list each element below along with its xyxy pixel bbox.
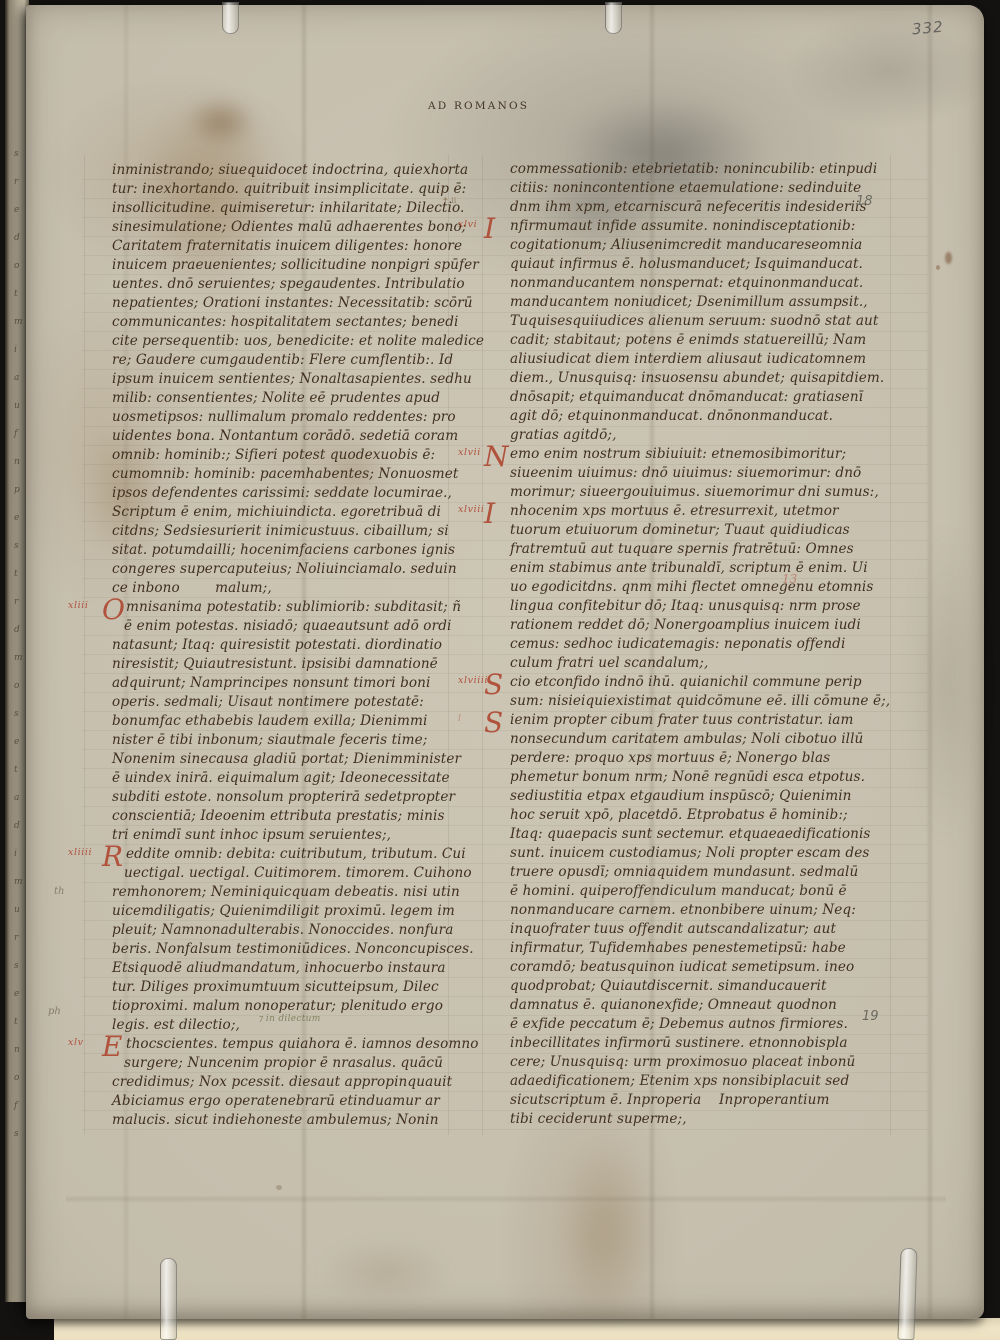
edge-letter-fragment: n [14,1046,20,1055]
text-line: cumomnib: hominib: pacemhabentes; Nonuos… [112,465,474,484]
edge-letter-fragment: d [14,626,20,635]
edge-letter-fragment: n [14,458,20,467]
edge-letter-fragment: a [14,794,19,803]
text-line: truere opusdī; omniaquidem mundasunt. se… [510,863,914,882]
edge-letter-fragment: f [14,1102,17,1111]
text-line: ipsum inuicem sentientes; Nonaltasapient… [112,370,474,389]
edge-letter-fragment: s [14,710,19,719]
ruling-vertical [84,155,85,1135]
text-line: citiis: nonincontentione etaemulatione: … [510,179,914,198]
text-line: milib: consentientes; Nolite eē prudente… [112,389,474,408]
text-line: ē uindex inirā. eiquimalum agit; Ideonec… [112,769,474,788]
text-line: quodprobat; Quiautdiscernit. simanducaue… [510,977,914,996]
manuscript-page: 332 AD ROMANOS inministrando; siuequidoc… [26,5,984,1319]
text-line: hoc seruit xpō, placetdō. Etprobatus ē h… [510,806,914,825]
text-line: xlviInfirmumaut infide assumite. nonindi… [510,217,914,236]
mounting-clip-bottom-left [160,1258,177,1340]
edge-letter-fragment: t [14,290,18,299]
edge-letter-fragment: o [14,262,19,271]
text-line: congeres supercaputeius; Noliuinciamalo.… [112,560,474,579]
text-line: commessationib: etebrietatib: nonincubil… [510,160,914,179]
chapter-numeral: xliii [68,601,89,611]
text-line: damnatus ē. quianonexfide; Omneaut quodn… [510,996,914,1015]
brown-stain [561,1140,656,1320]
ruling-vertical [482,155,483,1135]
text-line: ē enim potestas. nisiadō; quaeautsunt ad… [112,617,474,636]
text-line: communicantes: hospitalitatem sectantes;… [112,313,474,332]
text-line: infirmatur, Tufidemhabes penestemetipsū:… [510,939,914,958]
chapter-numeral: l [458,714,462,724]
text-line: tri enimdī sunt inhoc ipsum seruientes;, [112,826,474,845]
edge-letter-fragment: o [14,682,19,691]
mounting-clip-top-right [605,2,622,34]
text-line: tur. Diliges proximumtuum sicutteipsum, … [112,978,474,997]
text-line: nister ē tibi inbonum; siautmale feceris… [112,731,474,750]
chapter-numeral: xlviii [458,505,484,515]
edge-letter-fragment: s [14,542,19,551]
text-line: nonmanducare carnem. etnonbibere uinum; … [510,901,914,920]
text-line: gratias agitdō;, [510,426,914,445]
text-line: inuicem praeuenientes; sollicitudine non… [112,256,474,275]
text-line: remhonorem; Neminiquicquam debeatis. nis… [112,883,474,902]
edge-letter-fragment: e [14,990,19,999]
text-line: adaedificationem; Etenim xps nonsibiplac… [510,1072,914,1091]
edge-letter-fragment: r [14,178,18,187]
crease [66,1195,946,1203]
margin-letters-th: th [54,887,64,897]
text-line: uo egodicitdns. qnm mihi flectet omnegen… [510,578,914,597]
text-line: uectigal. uectigal. Cuitimorem. timorem.… [112,864,474,883]
folio-number-pencil: 332 [911,18,944,39]
edge-letter-fragment: o [14,1074,19,1083]
text-line: ē homini. quiperoffendiculum manducat; b… [510,882,914,901]
mounting-clip-top-left [222,2,239,34]
mounting-clip-bottom-right [897,1248,917,1340]
edge-letter-fragment: e [14,738,19,747]
text-line: sum: nisieiquiexistimat quidcōmune eē. i… [510,692,914,711]
edge-letter-fragment: e [14,514,19,523]
text-line: cite persequentib: uos, benedicite: et n… [112,332,474,351]
edge-letter-fragment: m [14,878,23,887]
text-line: credidimus; Nox pcessit. diesaut appropi… [112,1073,474,1092]
text-line: re; Gaudere cumgaudentib: Flere cumflent… [112,351,474,370]
text-line: ce inbono malum;, [112,579,474,598]
edge-letter-fragment: r [14,598,18,607]
text-line: tur: inexhortando. quitribuit insimplici… [112,180,474,199]
text-line: lingua confitebitur dō; Itaq: unusquisq:… [510,597,914,616]
text-line: sicutscriptum ē. Inproperia Inproperanti… [510,1091,914,1110]
text-line: uosmetipsos: nullimalum promalo reddente… [112,408,474,427]
text-line: uicemdiligatis; Quienimdiligit proximū. … [112,902,474,921]
chapter-numeral: xlv [68,1038,84,1048]
versal-initial: S [484,709,503,737]
ink-speck [936,265,940,270]
edge-letter-fragment: s [14,962,19,971]
text-line: dnōsapit; etquimanducat dnōmanducat: gra… [510,388,914,407]
edge-letter-fragment: t [14,1018,18,1027]
brown-stain [186,97,256,147]
text-line: Nonenim sinecausa gladiū portat; Dienimm… [112,750,474,769]
edge-letter-fragment: a [14,374,19,383]
text-line: sinesimulatione; Odientes malū adhaerent… [112,218,474,237]
text-line: ē exfide peccatum ē; Debemus autnos firm… [510,1015,914,1034]
edge-letter-fragment: s [14,1130,19,1139]
text-line: quiaut infirmus ē. holusmanducet; Isquim… [510,255,914,274]
text-line: lSienim propter cibum frater tuus contri… [510,711,914,730]
text-line: agit dō; etquinonmanducat. dnōnonmanduca… [510,407,914,426]
versal-initial: N [484,443,509,471]
text-line: enim stabimus ante tribunaldī, scriptum … [510,559,914,578]
text-line: dnm ihm xpm, etcarniscurā nefeceritis in… [510,198,914,217]
edge-letter-fragment: s [14,150,19,159]
text-line: siueenim uiuimus: dnō uiuimus: siuemorim… [510,464,914,483]
text-line: sitat. potumdailli; hocenimfaciens carbo… [112,541,474,560]
text-line: cadit; stabitaut; potens ē enimds statue… [510,331,914,350]
edge-letter-fragment: p [14,486,20,495]
cross-mark: ✝ ii [442,197,456,205]
text-line: niresistit; Quiautresistunt. ipsisibi da… [112,655,474,674]
edge-letter-fragment: d [14,234,20,243]
text-line: tuorum etuiuorum dominetur; Tuaut quidiu… [510,521,914,540]
text-line: phemetur bonum nrm; Nonē regnūdi esca et… [510,768,914,787]
text-line: uidentes bona. Nontantum corādō. sedetiā… [112,427,474,446]
text-line: insollicitudine. quimiseretur: inhilarit… [112,199,474,218]
text-line: pleuit; Namnonadulterabis. Nonoccides. n… [112,921,474,940]
text-line: Scriptum ē enim, michiuindicta. egoretri… [112,503,474,522]
chapter-numeral: xlvii [458,448,481,458]
text-line: manducantem noniudicet; Dsenimillum assu… [510,293,914,312]
text-line: cemus: sedhoc iudicatemagis: neponatis o… [510,635,914,654]
text-line: xliiiiReddite omnib: debita: cuitributum… [112,845,474,864]
pencil-number-bottom: 19 [862,1010,879,1023]
edge-letter-fragment: e [14,206,19,215]
text-line: perdere: proquo xps mortuus ē; Nonergo b… [510,749,914,768]
red-marginal-number: 13 [782,573,797,585]
text-line: adquirunt; Namprincipes nonsunt timori b… [112,674,474,693]
text-line: xlviiiiScio etconfido indnō ihū. quianic… [510,673,914,692]
text-line: rationem reddet dō; Nonergoamplius inuic… [510,616,914,635]
green-interlinear-gloss: ⁊ in dilectum [258,1015,321,1024]
text-line: xlvEthocscientes. tempus quiahora ē. iam… [112,1035,474,1054]
edge-letter-fragment: i [14,850,17,859]
text-line: citdns; Sedsiesurierit inimicustuus. cib… [112,522,474,541]
text-line: sunt. inuicem custodiamus; Noli propter … [510,844,914,863]
text-line: inministrando; siuequidocet indoctrina, … [112,161,474,180]
text-line: malucis. sicut indiehoneste ambulemus; N… [112,1111,474,1130]
text-line: cogitationum; Aliusenimcredit manducares… [510,236,914,255]
text-line: Etsiquodē aliudmandatum, inhocuerbo inst… [112,959,474,978]
text-column-2: commessationib: etebrietatib: nonincubil… [510,160,914,1129]
text-line: inquofrater tuus offendit autscandalizat… [510,920,914,939]
text-line: subditi estote. nonsolum propterirā sede… [112,788,474,807]
text-line: nepatientes; Orationi instantes: Necessi… [112,294,474,313]
margin-letters-ph: ph [48,1007,61,1017]
text-line: natasunt; Itaq: quiresistit potestati. d… [112,636,474,655]
text-line: diem., Unusquisq: insuosensu abundet; qu… [510,369,914,388]
text-line: xlviiNemo enim nostrum sibiuiuit: etnemo… [510,445,914,464]
edge-letter-fragment: u [14,402,20,411]
text-column-1: inministrando; siuequidocet indoctrina, … [112,161,474,1130]
text-line: xliiiOmnisanima potestatib: sublimiorib:… [112,598,474,617]
versal-initial: I [484,215,495,243]
text-line: omnib: hominib:; Sifieri potest quodexuo… [112,446,474,465]
text-line: tibi ceciderunt superme;, [510,1110,914,1129]
text-line: Tuquisesquiiudices alienum seruum: suodn… [510,312,914,331]
versal-initial: S [484,671,503,699]
text-line: nonmanducantem nonspernat: etquinonmandu… [510,274,914,293]
edge-letter-fragment: m [14,654,23,663]
chapter-numeral: xlvi [458,220,477,230]
text-line: beris. Nonfalsum testimoniūdices. Noncon… [112,940,474,959]
edge-letter-fragment: u [14,906,20,915]
text-line: bonumfac ethabebis laudem exilla; Dienim… [112,712,474,731]
text-line: surgere; Nuncenim propior ē nrasalus. qu… [112,1054,474,1073]
edge-letter-fragment: t [14,570,18,579]
text-line: Abiciamus ergo operatenebrarū etinduamur… [112,1092,474,1111]
text-line: uentes. dnō seruientes; spegaudentes. In… [112,275,474,294]
text-line: conscientiā; Ideoenim ettributa prestati… [112,807,474,826]
text-line: morimur; siueergouiuimus. siuemorimur dn… [510,483,914,502]
text-line: nonsecundum caritatem ambulas; Noli cibo… [510,730,914,749]
text-line: Itaq: quaepacis sunt sectemur. etquaeaed… [510,825,914,844]
brown-stain [321,1240,451,1305]
edge-letter-fragment: f [14,430,17,439]
text-line: coramdō; beatusquinon iudicat semetipsum… [510,958,914,977]
text-line: culum fratri uel scandalum;, [510,654,914,673]
ink-speck [945,252,952,264]
manuscript-photograph: sredotmiaufnpestrdmosetadimursetnofs 332… [0,0,1000,1340]
pencil-number-top: 18 [856,195,873,208]
edge-letter-fragment: i [14,346,17,355]
edge-letter-fragment: t [14,766,18,775]
text-line: inbecillitates infirmorū sustinere. etno… [510,1034,914,1053]
text-line: cere; Unusquisq: urm proximosuo placeat … [510,1053,914,1072]
speck [276,1185,282,1190]
text-line: aliusiudicat diem interdiem aliusaut iud… [510,350,914,369]
edge-letter-fragment: d [14,822,20,831]
text-line: fratremtuū aut tuquare spernis fratrētuū… [510,540,914,559]
versal-initial: I [484,500,495,528]
text-line: operis. sedmali; Uisaut nontimere potest… [112,693,474,712]
text-line: Caritatem fraternitatis inuicem diligent… [112,237,474,256]
text-line: ipsos defendentes carissimi: seddate loc… [112,484,474,503]
edge-letter-fragment: r [14,934,18,943]
running-title: AD ROMANOS [428,100,529,112]
chapter-numeral: xliiii [68,848,92,858]
mount-strip [54,1318,1000,1340]
text-line: sediustitia etpax etgaudium inspūscō; Qu… [510,787,914,806]
text-line: xlviiiInhocenim xps mortuus ē. etresurre… [510,502,914,521]
edge-letter-fragment: m [14,318,23,327]
